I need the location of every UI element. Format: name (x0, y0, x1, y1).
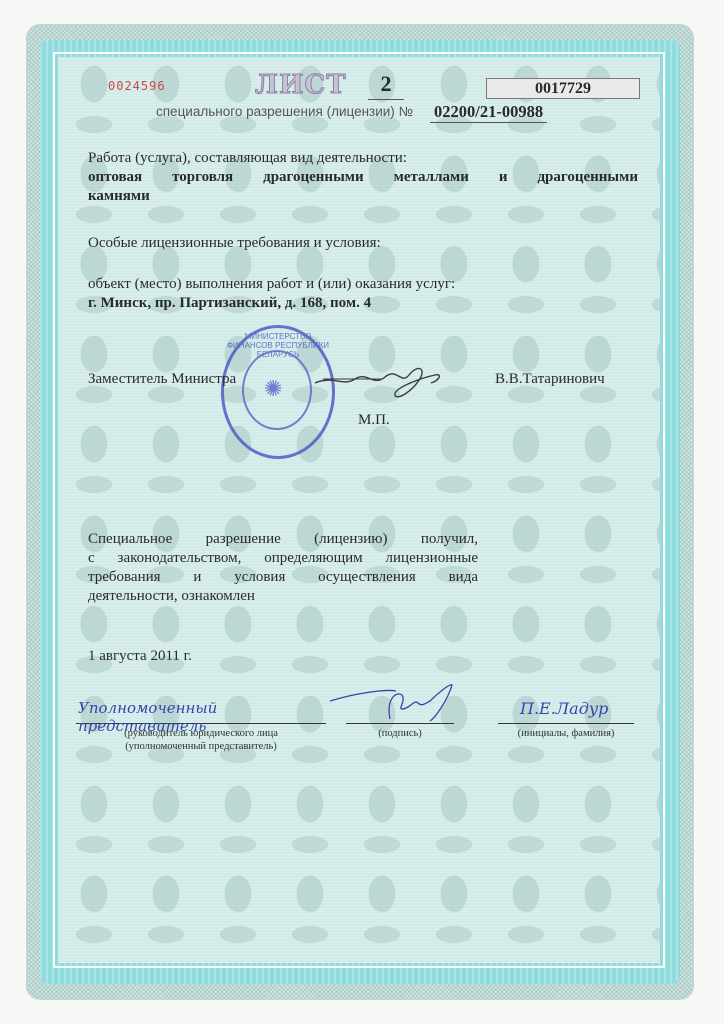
coat-of-arms-icon: ✺ (264, 376, 282, 402)
activity-section: Работа (услуга), составляющая вид деятел… (88, 149, 638, 206)
location-label: объект (место) выполнения работ и (или) … (88, 275, 638, 294)
location-value: г. Минск, пр. Партизанский, д. 168, пом.… (88, 294, 638, 313)
acknowledgement-line2: с законодательством, определяющим лиценз… (88, 549, 478, 568)
caption-role-line2: (уполномоченный представитель) (86, 740, 316, 753)
activity-label: Работа (услуга), составляющая вид деятел… (88, 149, 638, 168)
caption-signature: (подпись) (346, 727, 454, 740)
acknowledgement-line4: деятельности, ознакомлен (88, 587, 478, 606)
acknowledgement-section: Специальное разрешение (лицензию) получи… (88, 530, 478, 606)
handwritten-initials: П.Е.Ладур (520, 699, 608, 718)
issue-date: 1 августа 2011 г. (88, 647, 638, 666)
license-label: специального разрешения (лицензии) № (156, 104, 413, 119)
official-position: Заместитель Министра (88, 371, 236, 388)
sheet-title: ЛИСТ (255, 70, 347, 100)
activity-value-line2: камнями (88, 187, 638, 206)
serial-number: 0024596 (108, 79, 166, 93)
caption-name: (инициалы, фамилия) (498, 727, 634, 740)
activity-value-line1: оптовая торговля драгоценными металлами … (88, 168, 638, 187)
seal-mark: М.П. (358, 412, 390, 429)
caption-role-line1: (руководитель юридического лица (86, 727, 316, 740)
license-sheet: 0024596 ЛИСТ 2 0017729 специального разр… (58, 57, 660, 963)
acknowledgement-line3: требования и условия осуществления вида (88, 568, 478, 587)
official-name: В.В.Татаринович (495, 371, 605, 388)
acknowledgement-line1: Специальное разрешение (лицензию) получи… (88, 530, 478, 549)
recipient-signature-field (346, 697, 454, 724)
registration-number-box: 0017729 (486, 78, 640, 99)
special-requirements-label: Особые лицензионные требования и условия… (88, 234, 638, 253)
caption-role: (руководитель юридического лица (уполном… (86, 727, 316, 753)
official-signature (313, 361, 453, 401)
stamp-text: МИНИСТЕРСТВО ФИНАНСОВ РЕСПУБЛИКИ БЕЛАРУС… (224, 332, 332, 359)
recipient-name-field: П.Е.Ладур (498, 697, 634, 724)
location-section: объект (место) выполнения работ и (или) … (88, 275, 638, 313)
recipient-role-field: Уполномоченный представитель (76, 697, 326, 724)
sheet-number: 2 (368, 71, 404, 100)
license-number: 02200/21-00988 (430, 102, 547, 123)
recipient-signature (326, 679, 466, 725)
